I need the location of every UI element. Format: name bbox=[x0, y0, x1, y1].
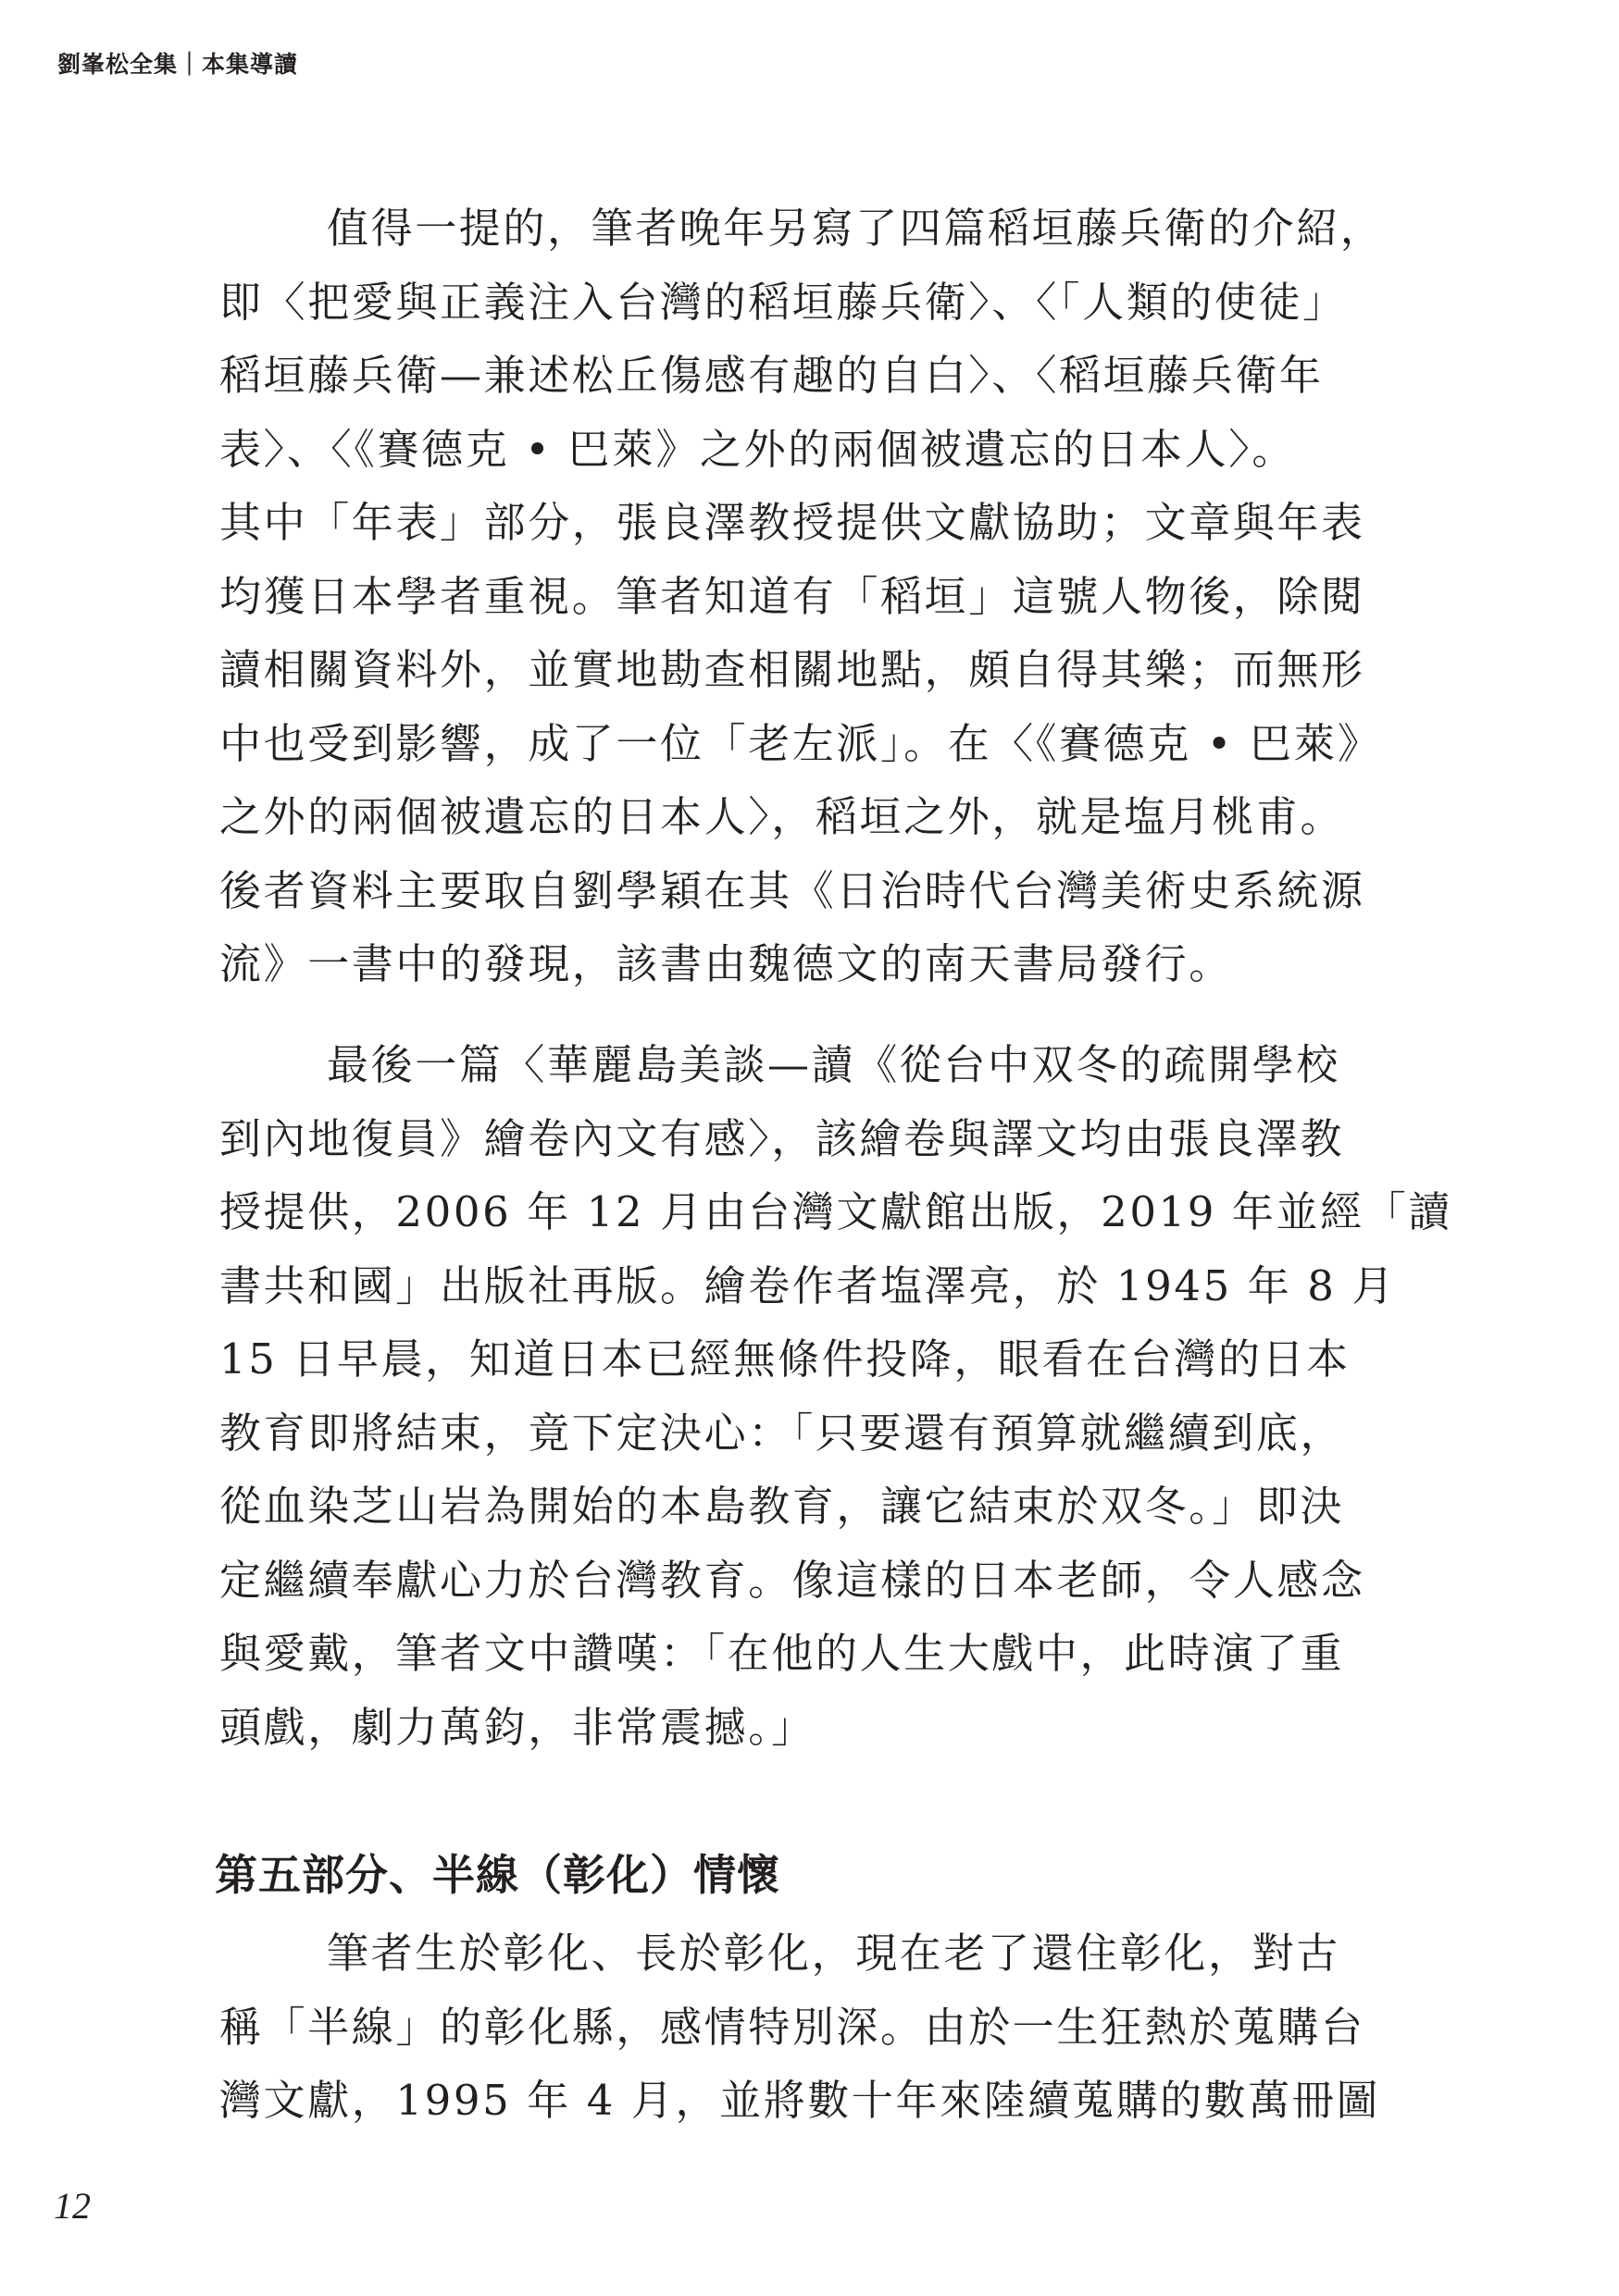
text-line: 教育即將結束，竟下定決心：「只要還有預算就繼續到底， bbox=[219, 1396, 1404, 1471]
paragraph-inagaki: 值得一提的，筆者晚年另寫了四篇稻垣藤兵衛的介紹， 即〈把愛與正義注入台灣的稻垣藤… bbox=[219, 192, 1404, 1001]
text-line: 後者資料主要取自劉學穎在其《日治時代台灣美術史系統源 bbox=[219, 854, 1404, 928]
text-line: 從血染芝山岩為開始的本島教育，讓它結束於双冬。」即決 bbox=[219, 1470, 1404, 1544]
text-line: 頭戲，劇力萬鈞，非常震撼。」 bbox=[219, 1691, 1404, 1765]
text-line: 與愛戴，筆者文中讚嘆：「在他的人生大戲中，此時演了重 bbox=[219, 1617, 1404, 1691]
text-line: 授提供，2006 年 12 月由台灣文獻館出版，2019 年並經「讀 bbox=[219, 1175, 1404, 1249]
text-line: 定繼續奉獻心力於台灣教育。像這樣的日本老師，令人感念 bbox=[219, 1544, 1404, 1618]
paragraph-formosa-tale: 最後一篇〈華麗島美談—讀《從台中双冬的疏開學校 到內地復員》繪卷內文有感〉，該繪… bbox=[219, 1028, 1404, 1764]
text-line: 稱「半線」的彰化縣，感情特別深。由於一生狂熱於蒐購台 bbox=[219, 1991, 1404, 2065]
text-line: 值得一提的，筆者晚年另寫了四篇稻垣藤兵衛的介紹， bbox=[219, 192, 1404, 266]
text-line: 讀相關資料外，並實地勘查相關地點，頗自得其樂；而無形 bbox=[219, 633, 1404, 707]
text-line: 最後一篇〈華麗島美談—讀《從台中双冬的疏開學校 bbox=[219, 1028, 1404, 1102]
text-line: 稻垣藤兵衛—兼述松丘傷感有趣的自白〉、〈稻垣藤兵衛年 bbox=[219, 339, 1404, 413]
page-number: 12 bbox=[54, 2184, 91, 2228]
text-line: 書共和國」出版社再版。繪卷作者塩澤亮，於 1945 年 8 月 bbox=[219, 1249, 1404, 1323]
text-line: 筆者生於彰化、長於彰化，現在老了還住彰化，對古 bbox=[219, 1917, 1404, 1991]
paragraph-changhua: 筆者生於彰化、長於彰化，現在老了還住彰化，對古 稱「半線」的彰化縣，感情特別深。… bbox=[219, 1917, 1404, 2138]
text-line: 之外的兩個被遺忘的日本人〉，稻垣之外，就是塩月桃甫。 bbox=[219, 780, 1404, 854]
text-line: 其中「年表」部分，張良澤教授提供文獻協助；文章與年表 bbox=[219, 486, 1404, 560]
text-line: 即〈把愛與正義注入台灣的稻垣藤兵衛〉、〈「人類的使徒」 bbox=[219, 266, 1404, 340]
text-line: 灣文獻，1995 年 4 月，並將數十年來陸續蒐購的數萬冊圖 bbox=[219, 2064, 1404, 2138]
text-line: 15 日早晨，知道日本已經無條件投降，眼看在台灣的日本 bbox=[219, 1322, 1404, 1396]
section-heading: 第五部分、半線（彰化）情懷 bbox=[215, 1842, 780, 1903]
running-header: 劉峯松全集｜本集導讀 bbox=[57, 46, 298, 80]
text-line: 流》一書中的發現，該書由魏德文的南天書局發行。 bbox=[219, 927, 1404, 1001]
text-line: 到內地復員》繪卷內文有感〉，該繪卷與譯文均由張良澤教 bbox=[219, 1102, 1404, 1176]
text-line: 表〉、〈《賽德克 • 巴萊》之外的兩個被遺忘的日本人〉。 bbox=[219, 413, 1404, 487]
text-line: 均獲日本學者重視。筆者知道有「稻垣」這號人物後，除閱 bbox=[219, 560, 1404, 634]
text-line: 中也受到影響，成了一位「老左派」。在〈《賽德克 • 巴萊》 bbox=[219, 707, 1404, 781]
